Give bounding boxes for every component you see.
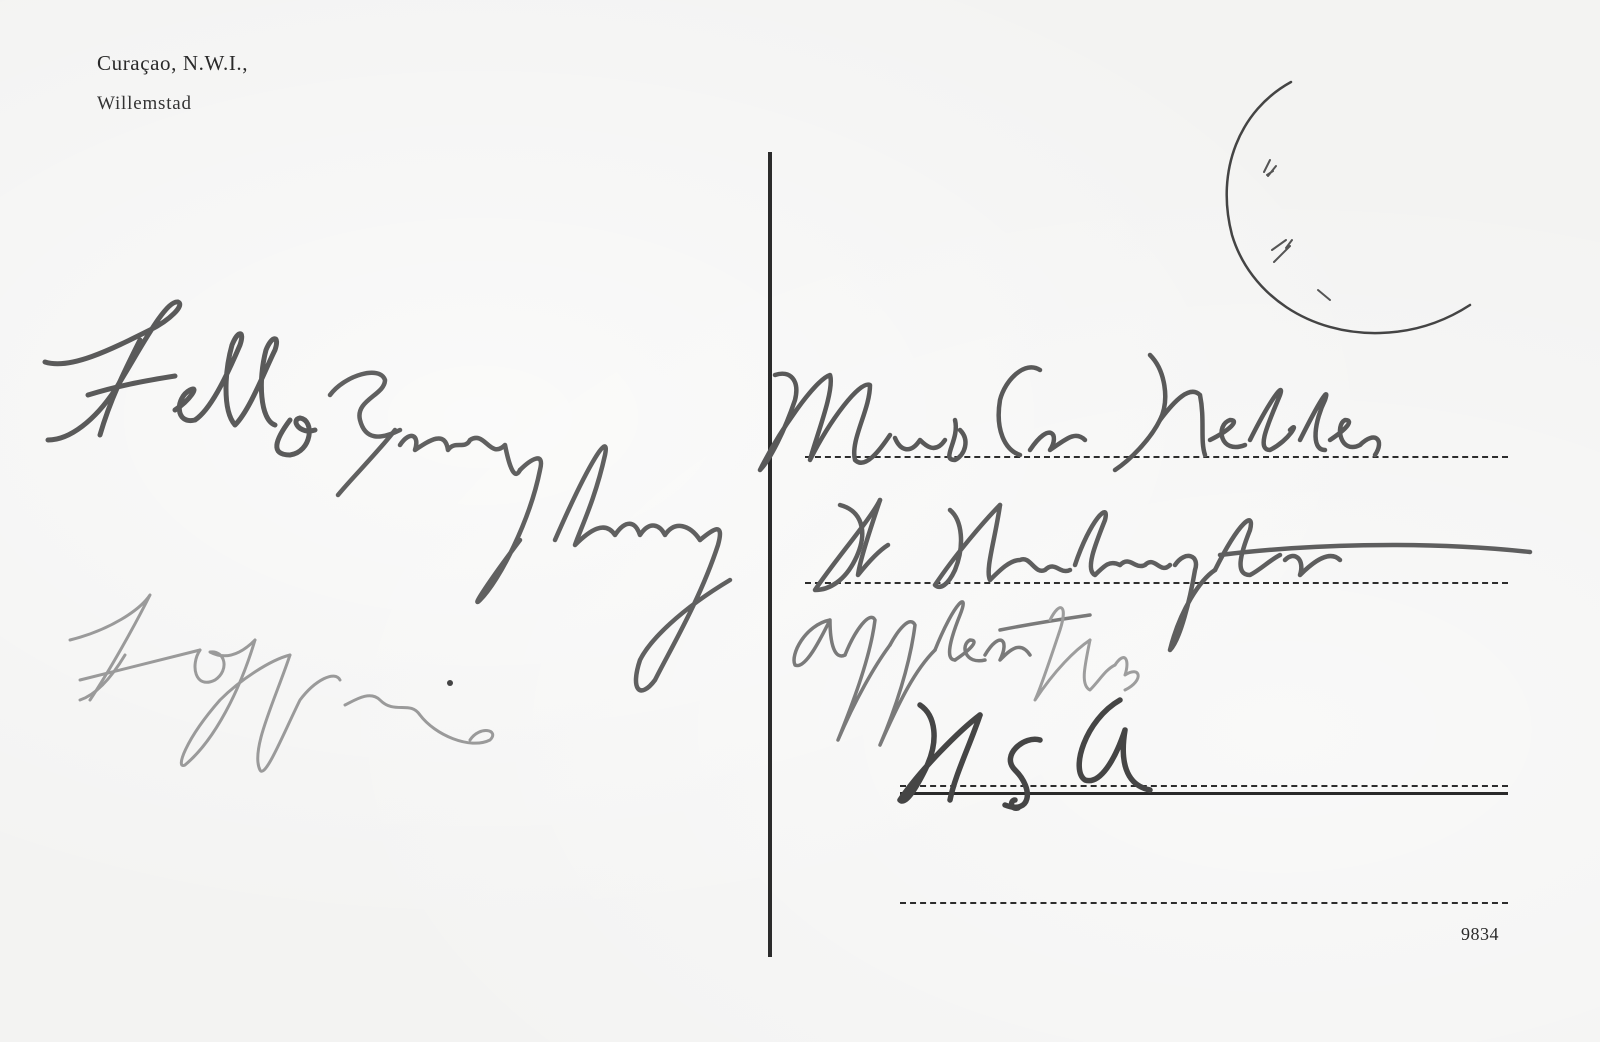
card-number: 9834: [1461, 924, 1499, 945]
postcard-back: Curaçao, N.W.I., Willemstad Hello Everyb…: [0, 0, 1600, 1042]
handwritten-address: Miss Lo Nehles: [0, 0, 1600, 1042]
